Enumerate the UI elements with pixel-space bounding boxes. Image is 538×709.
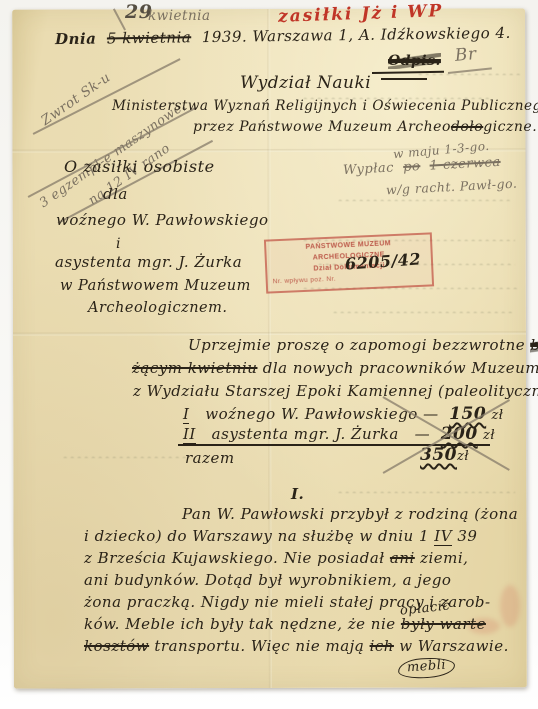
pencil-note-struck1: po — [403, 159, 421, 175]
bleed-through-writing — [60, 445, 190, 459]
insertion-mebli: mebli — [397, 656, 455, 680]
item1-numeral: I — [183, 405, 189, 424]
bleed-through-writing — [330, 300, 515, 314]
para-line7-mid: transportu. Więc nie mają — [149, 637, 369, 655]
subject-line-3: woźnego W. Pawłowskiego — [56, 212, 269, 229]
struck-date: 5 kwietnia — [107, 28, 192, 47]
request-line-3: z Wydziału Starszej Epoki Kamiennej (pal… — [133, 383, 538, 400]
para-line7-post: w Warszawie. — [394, 637, 509, 655]
para-line7-struck1: kosztów — [84, 637, 149, 655]
recipient-line3-pre: przez Państwowe Muzeum Archeo — [193, 119, 451, 135]
total-amount: 350zł — [420, 446, 469, 466]
subject-line-4: i — [116, 236, 121, 252]
paragraph-line-6: ków. Meble ich były tak nędzne, że nie b… — [84, 616, 486, 633]
document-scan: zasiłki Jż i WP 29 kwietnia Dnia 5 kwiet… — [0, 0, 538, 709]
para-line2-pre: i dziecko) do Warszawy na służbę w dniu … — [84, 527, 434, 545]
para-line2-post: 39 — [452, 527, 477, 545]
recipient-department: Wydział Nauki — [240, 74, 371, 94]
pencil-note-word: Wypłac — [343, 160, 395, 178]
para-line6-pre: ków. Meble ich były tak nędzne, że nie — [84, 615, 401, 633]
total-label: razem — [185, 450, 235, 467]
item2-dash: — — [415, 425, 431, 443]
recipient-line3-struck: doło — [451, 119, 483, 135]
date-prefix: Dnia — [55, 30, 97, 49]
bleed-through-writing — [335, 480, 515, 494]
request-line-2: żącym kwietniu dla nowych pracowników Mu… — [132, 360, 538, 377]
subject-line-1: O zasiłki osobiste — [64, 158, 215, 176]
clerk-initials: Br — [454, 45, 477, 66]
request-line1-pre: Uprzejmie proszę o zapomogi bezzwrotne — [188, 336, 530, 354]
request-line-1: Uprzejmie proszę o zapomogi bezzwrotne b… — [188, 337, 538, 354]
allowance-item-1: I woźnego W. Pawłowskiego — 150 zł — [183, 405, 504, 425]
request-line2-struck: żącym kwietniu — [132, 359, 257, 377]
para-line2-month: IV — [434, 527, 452, 546]
section-heading: I. — [291, 486, 304, 503]
total-currency: zł — [457, 449, 469, 464]
recipient-line3-post: giczne. — [483, 119, 537, 135]
para-line3-post: ziemi, — [415, 549, 469, 567]
subject-line-2: dla — [103, 186, 128, 203]
paragraph-line-4: ani budynków. Dotąd był wyrobnikiem, a j… — [84, 572, 451, 589]
recipient-via-museum: przez Państwowe Muzeum Archeodołogiczne. — [193, 119, 537, 135]
odpis-underline — [381, 78, 427, 80]
subject-line-6: w Państwowem Muzeum — [60, 278, 251, 295]
red-ink-smudge — [500, 585, 520, 627]
inserted-month: kwietnia — [148, 9, 211, 25]
subject-line-5: asystenta mgr. J. Żurka — [55, 254, 242, 271]
para-line3-struck: ani — [390, 549, 415, 567]
item2-label: asystenta mgr. J. Żurka — [212, 425, 399, 443]
para-line3-pre: z Brześcia Kujawskiego. Nie posiadał — [84, 549, 390, 567]
request-line2-post: dla nowych pracowników Muzeum — [257, 359, 538, 377]
paragraph-line-1: Pan W. Pawłowski przybył z rodziną (żona — [182, 506, 518, 523]
paragraph-line-2: i dziecko) do Warszawy na służbę w dniu … — [84, 528, 477, 545]
para-line6-struck: były warte — [401, 615, 486, 633]
struck-odpis-note: Odpis. — [388, 53, 441, 69]
request-line1-struck: bie- — [530, 336, 538, 354]
recipient-ministry: Ministerstwa Wyznań Religijnych i Oświec… — [112, 99, 538, 115]
item2-numeral: II — [183, 425, 196, 444]
item1-label: woźnego W. Pawłowskiego — [205, 405, 418, 423]
para-line7-struck2: ich — [370, 637, 394, 655]
item1-currency: zł — [491, 408, 503, 423]
subject-line-7: Archeologicznem. — [88, 300, 228, 317]
item2-currency: zł — [483, 428, 495, 443]
paragraph-line-3: z Brześcia Kujawskiego. Nie posiadał ani… — [84, 550, 468, 567]
pencil-note-struck2: 1 czerwca — [429, 155, 501, 174]
paragraph-line-7: kosztów transportu. Więc nie mają ich w … — [84, 638, 509, 655]
insertion-mebli-circled: mebli — [398, 656, 455, 678]
total-flourish — [420, 468, 472, 478]
